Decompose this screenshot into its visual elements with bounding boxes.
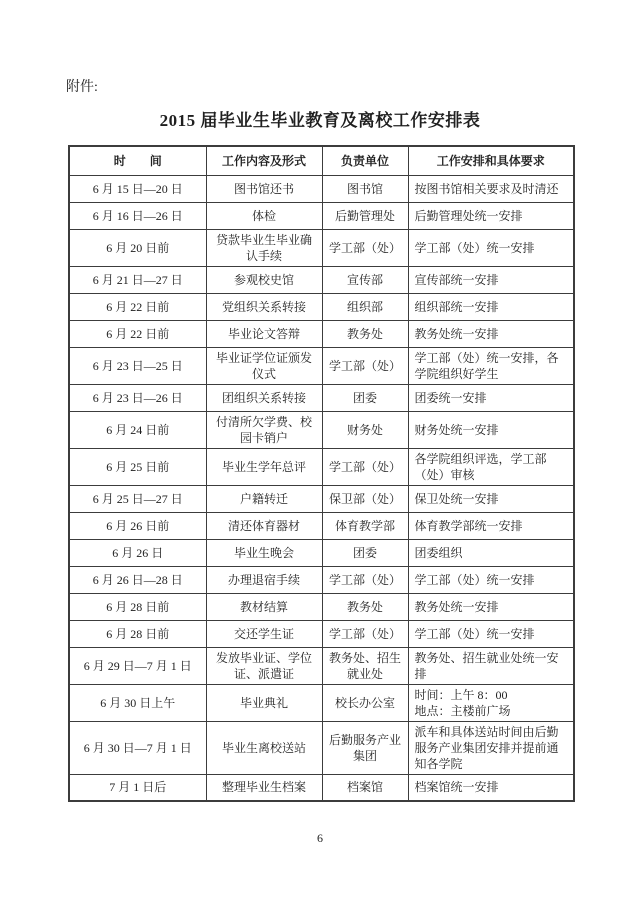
cell-time: 6 月 23 日—26 日 [69, 384, 206, 411]
cell-time: 6 月 30 日上午 [69, 684, 206, 721]
table-row: 7 月 1 日后整理毕业生档案档案馆档案馆统一安排 [69, 774, 574, 801]
cell-content: 体检 [206, 202, 322, 229]
cell-content: 参观校史馆 [206, 266, 322, 293]
table-row: 6 月 21 日—27 日参观校史馆宣传部宣传部统一安排 [69, 266, 574, 293]
table-row: 6 月 15 日—20 日图书馆还书图书馆按图书馆相关要求及时清还 [69, 175, 574, 202]
cell-unit: 教务处、招生就业处 [322, 647, 408, 684]
table-row: 6 月 16 日—26 日体检后勤管理处后勤管理处统一安排 [69, 202, 574, 229]
cell-time: 6 月 29 日—7 月 1 日 [69, 647, 206, 684]
cell-time: 6 月 16 日—26 日 [69, 202, 206, 229]
cell-requirement: 各学院组织评选，学工部（处）审核 [408, 448, 574, 485]
cell-time: 6 月 26 日—28 日 [69, 566, 206, 593]
cell-time: 6 月 22 日前 [69, 320, 206, 347]
table-header-row: 时 间 工作内容及形式 负责单位 工作安排和具体要求 [69, 146, 574, 175]
cell-content: 清还体育器材 [206, 512, 322, 539]
table-row: 6 月 25 日—27 日户籍转迁保卫部（处）保卫处统一安排 [69, 485, 574, 512]
cell-unit: 后勤服务产业集团 [322, 721, 408, 774]
cell-time: 6 月 24 日前 [69, 411, 206, 448]
cell-time: 6 月 20 日前 [69, 229, 206, 266]
table-row: 6 月 26 日前清还体育器材体育教学部体育教学部统一安排 [69, 512, 574, 539]
cell-requirement: 教务处统一安排 [408, 320, 574, 347]
cell-unit: 教务处 [322, 593, 408, 620]
cell-content: 办理退宿手续 [206, 566, 322, 593]
document-page: 附件: 2015 届毕业生毕业教育及离校工作安排表 时 间 工作内容及形式 负责… [0, 0, 640, 905]
cell-requirement: 后勤管理处统一安排 [408, 202, 574, 229]
table-row: 6 月 22 日前毕业论文答辩教务处教务处统一安排 [69, 320, 574, 347]
column-header-time: 时 间 [69, 146, 206, 175]
attachment-label: 附件: [66, 78, 574, 98]
cell-requirement: 团委统一安排 [408, 384, 574, 411]
cell-content: 发放毕业证、学位证、派遣证 [206, 647, 322, 684]
cell-requirement: 组织部统一安排 [408, 293, 574, 320]
cell-unit: 保卫部（处） [322, 485, 408, 512]
table-row: 6 月 25 日前毕业生学年总评学工部（处）各学院组织评选，学工部（处）审核 [69, 448, 574, 485]
cell-content: 贷款毕业生毕业确认手续 [206, 229, 322, 266]
cell-unit: 学工部（处） [322, 620, 408, 647]
cell-requirement: 时间：上午 8：00 地点：主楼前广场 [408, 684, 574, 721]
table-row: 6 月 28 日前教材结算教务处教务处统一安排 [69, 593, 574, 620]
cell-content: 户籍转迁 [206, 485, 322, 512]
cell-content: 图书馆还书 [206, 175, 322, 202]
cell-content: 交还学生证 [206, 620, 322, 647]
schedule-table: 时 间 工作内容及形式 负责单位 工作安排和具体要求 6 月 15 日—20 日… [68, 145, 575, 802]
cell-content: 整理毕业生档案 [206, 774, 322, 801]
table-row: 6 月 22 日前党组织关系转接组织部组织部统一安排 [69, 293, 574, 320]
cell-content: 付清所欠学费、校园卡销户 [206, 411, 322, 448]
cell-requirement: 体育教学部统一安排 [408, 512, 574, 539]
cell-unit: 校长办公室 [322, 684, 408, 721]
table-row: 6 月 30 日—7 月 1 日毕业生离校送站后勤服务产业集团派车和具体送站时间… [69, 721, 574, 774]
cell-time: 6 月 21 日—27 日 [69, 266, 206, 293]
cell-content: 毕业证学位证颁发仪式 [206, 347, 322, 384]
cell-requirement: 教务处统一安排 [408, 593, 574, 620]
cell-content: 毕业生离校送站 [206, 721, 322, 774]
cell-content: 毕业典礼 [206, 684, 322, 721]
cell-unit: 团委 [322, 539, 408, 566]
cell-unit: 团委 [322, 384, 408, 411]
table-row: 6 月 26 日毕业生晚会团委团委组织 [69, 539, 574, 566]
cell-time: 7 月 1 日后 [69, 774, 206, 801]
table-row: 6 月 24 日前付清所欠学费、校园卡销户财务处财务处统一安排 [69, 411, 574, 448]
cell-time: 6 月 15 日—20 日 [69, 175, 206, 202]
cell-content: 团组织关系转接 [206, 384, 322, 411]
column-header-content: 工作内容及形式 [206, 146, 322, 175]
cell-requirement: 档案馆统一安排 [408, 774, 574, 801]
cell-unit: 组织部 [322, 293, 408, 320]
cell-time: 6 月 23 日—25 日 [69, 347, 206, 384]
cell-content: 毕业论文答辩 [206, 320, 322, 347]
cell-unit: 学工部（处） [322, 347, 408, 384]
cell-unit: 学工部（处） [322, 229, 408, 266]
table-row: 6 月 26 日—28 日办理退宿手续学工部（处）学工部（处）统一安排 [69, 566, 574, 593]
table-row: 6 月 23 日—26 日团组织关系转接团委团委统一安排 [69, 384, 574, 411]
cell-requirement: 保卫处统一安排 [408, 485, 574, 512]
cell-unit: 教务处 [322, 320, 408, 347]
cell-unit: 图书馆 [322, 175, 408, 202]
table-row: 6 月 23 日—25 日毕业证学位证颁发仪式学工部（处）学工部（处）统一安排，… [69, 347, 574, 384]
cell-time: 6 月 26 日前 [69, 512, 206, 539]
column-header-requirement: 工作安排和具体要求 [408, 146, 574, 175]
cell-time: 6 月 25 日前 [69, 448, 206, 485]
cell-requirement: 学工部（处）统一安排 [408, 620, 574, 647]
page-number: 6 [0, 831, 640, 846]
cell-requirement: 学工部（处）统一安排 [408, 566, 574, 593]
cell-time: 6 月 25 日—27 日 [69, 485, 206, 512]
cell-unit: 后勤管理处 [322, 202, 408, 229]
cell-requirement: 教务处、招生就业处统一安排 [408, 647, 574, 684]
cell-content: 毕业生学年总评 [206, 448, 322, 485]
cell-time: 6 月 22 日前 [69, 293, 206, 320]
cell-time: 6 月 28 日前 [69, 593, 206, 620]
cell-time: 6 月 28 日前 [69, 620, 206, 647]
table-row: 6 月 30 日上午毕业典礼校长办公室时间：上午 8：00 地点：主楼前广场 [69, 684, 574, 721]
table-row: 6 月 20 日前贷款毕业生毕业确认手续学工部（处）学工部（处）统一安排 [69, 229, 574, 266]
cell-requirement: 宣传部统一安排 [408, 266, 574, 293]
cell-unit: 宣传部 [322, 266, 408, 293]
cell-unit: 学工部（处） [322, 566, 408, 593]
cell-requirement: 财务处统一安排 [408, 411, 574, 448]
table-body: 6 月 15 日—20 日图书馆还书图书馆按图书馆相关要求及时清还6 月 16 … [69, 175, 574, 801]
page-title: 2015 届毕业生毕业教育及离校工作安排表 [66, 110, 574, 132]
cell-unit: 学工部（处） [322, 448, 408, 485]
cell-unit: 财务处 [322, 411, 408, 448]
cell-content: 党组织关系转接 [206, 293, 322, 320]
cell-requirement: 按图书馆相关要求及时清还 [408, 175, 574, 202]
cell-time: 6 月 26 日 [69, 539, 206, 566]
table-row: 6 月 29 日—7 月 1 日发放毕业证、学位证、派遣证教务处、招生就业处教务… [69, 647, 574, 684]
cell-unit: 体育教学部 [322, 512, 408, 539]
cell-content: 毕业生晚会 [206, 539, 322, 566]
cell-requirement: 学工部（处）统一安排，各学院组织好学生 [408, 347, 574, 384]
cell-requirement: 学工部（处）统一安排 [408, 229, 574, 266]
cell-requirement: 团委组织 [408, 539, 574, 566]
cell-content: 教材结算 [206, 593, 322, 620]
cell-time: 6 月 30 日—7 月 1 日 [69, 721, 206, 774]
cell-requirement: 派车和具体送站时间由后勤服务产业集团安排并提前通知各学院 [408, 721, 574, 774]
cell-unit: 档案馆 [322, 774, 408, 801]
column-header-unit: 负责单位 [322, 146, 408, 175]
table-row: 6 月 28 日前交还学生证学工部（处）学工部（处）统一安排 [69, 620, 574, 647]
